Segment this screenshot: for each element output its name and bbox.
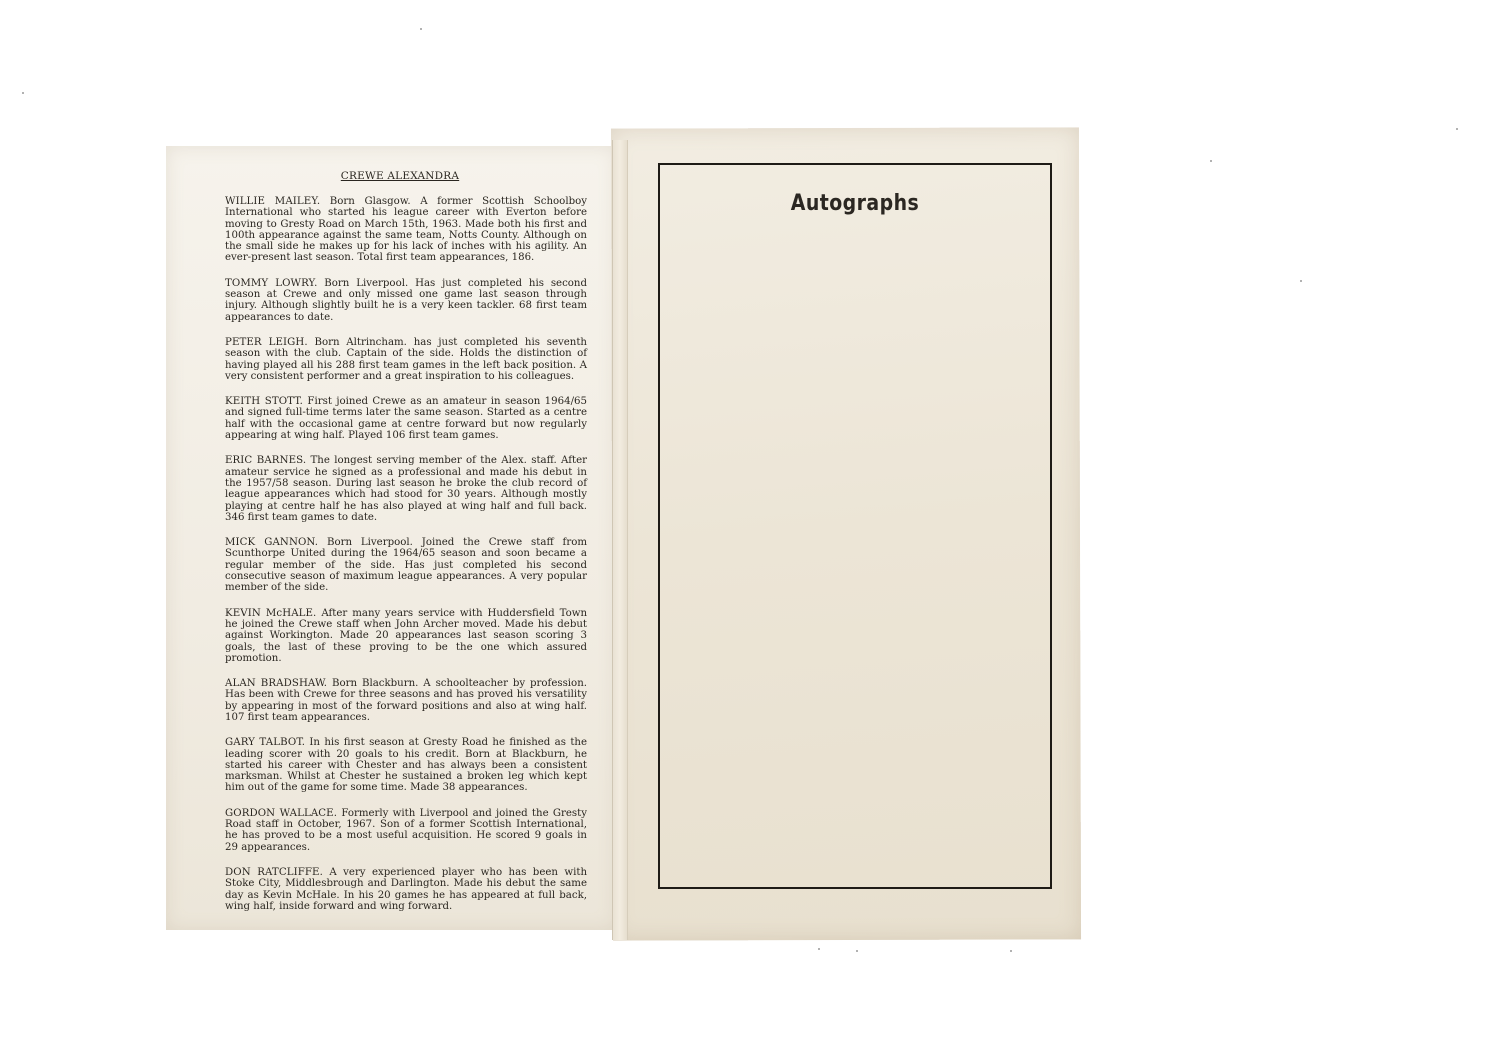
scan-speck	[856, 950, 858, 952]
player-bio: ERIC BARNES. The longest serving member …	[225, 455, 587, 523]
player-name: TOMMY LOWRY.	[225, 278, 317, 289]
spine-fold	[612, 140, 628, 940]
player-bio: DON RATCLIFFE. A very experienced player…	[225, 867, 587, 912]
player-bio: MICK GANNON. Born Liverpool. Joined the …	[225, 537, 587, 593]
player-name: KEITH STOTT.	[225, 396, 303, 407]
scan-speck	[22, 92, 24, 94]
player-name: GORDON WALLACE.	[225, 808, 337, 819]
player-bio: KEVIN McHALE. After many years service w…	[225, 608, 587, 664]
player-bios: WILLIE MAILEY. Born Glasgow. A former Sc…	[225, 196, 587, 926]
autograph-box: Autographs	[658, 163, 1052, 889]
scan-speck	[1010, 950, 1012, 952]
player-bio: GORDON WALLACE. Formerly with Liverpool …	[225, 808, 587, 853]
player-bio: ALAN BRADSHAW. Born Blackburn. A schoolt…	[225, 678, 587, 723]
player-bio: GARY TALBOT. In his first season at Gres…	[225, 737, 587, 793]
player-bio: KEITH STOTT. First joined Crewe as an am…	[225, 396, 587, 441]
player-name: ERIC BARNES.	[225, 455, 306, 466]
player-bio: WILLIE MAILEY. Born Glasgow. A former Sc…	[225, 196, 587, 264]
scan-speck	[1456, 128, 1458, 130]
player-name: DON RATCLIFFE.	[225, 867, 323, 878]
player-name: GARY TALBOT.	[225, 737, 305, 748]
autographs-heading: Autographs	[687, 191, 1022, 216]
scan-speck	[818, 948, 820, 950]
player-name: ALAN BRADSHAW.	[225, 678, 327, 689]
player-bio: PETER LEIGH. Born Altrincham. has just c…	[225, 337, 587, 382]
scan-speck	[420, 28, 422, 30]
programme-spread: CREWE ALEXANDRA WILLIE MAILEY. Born Glas…	[0, 0, 1500, 1058]
player-name: KEVIN McHALE.	[225, 608, 316, 619]
player-name: WILLIE MAILEY.	[225, 196, 320, 207]
player-name: PETER LEIGH.	[225, 337, 308, 348]
player-bio: TOMMY LOWRY. Born Liverpool. Has just co…	[225, 278, 587, 323]
scan-speck	[1210, 160, 1212, 162]
scan-speck	[1300, 280, 1302, 282]
club-heading: CREWE ALEXANDRA	[340, 170, 460, 182]
player-name: MICK GANNON.	[225, 537, 318, 548]
